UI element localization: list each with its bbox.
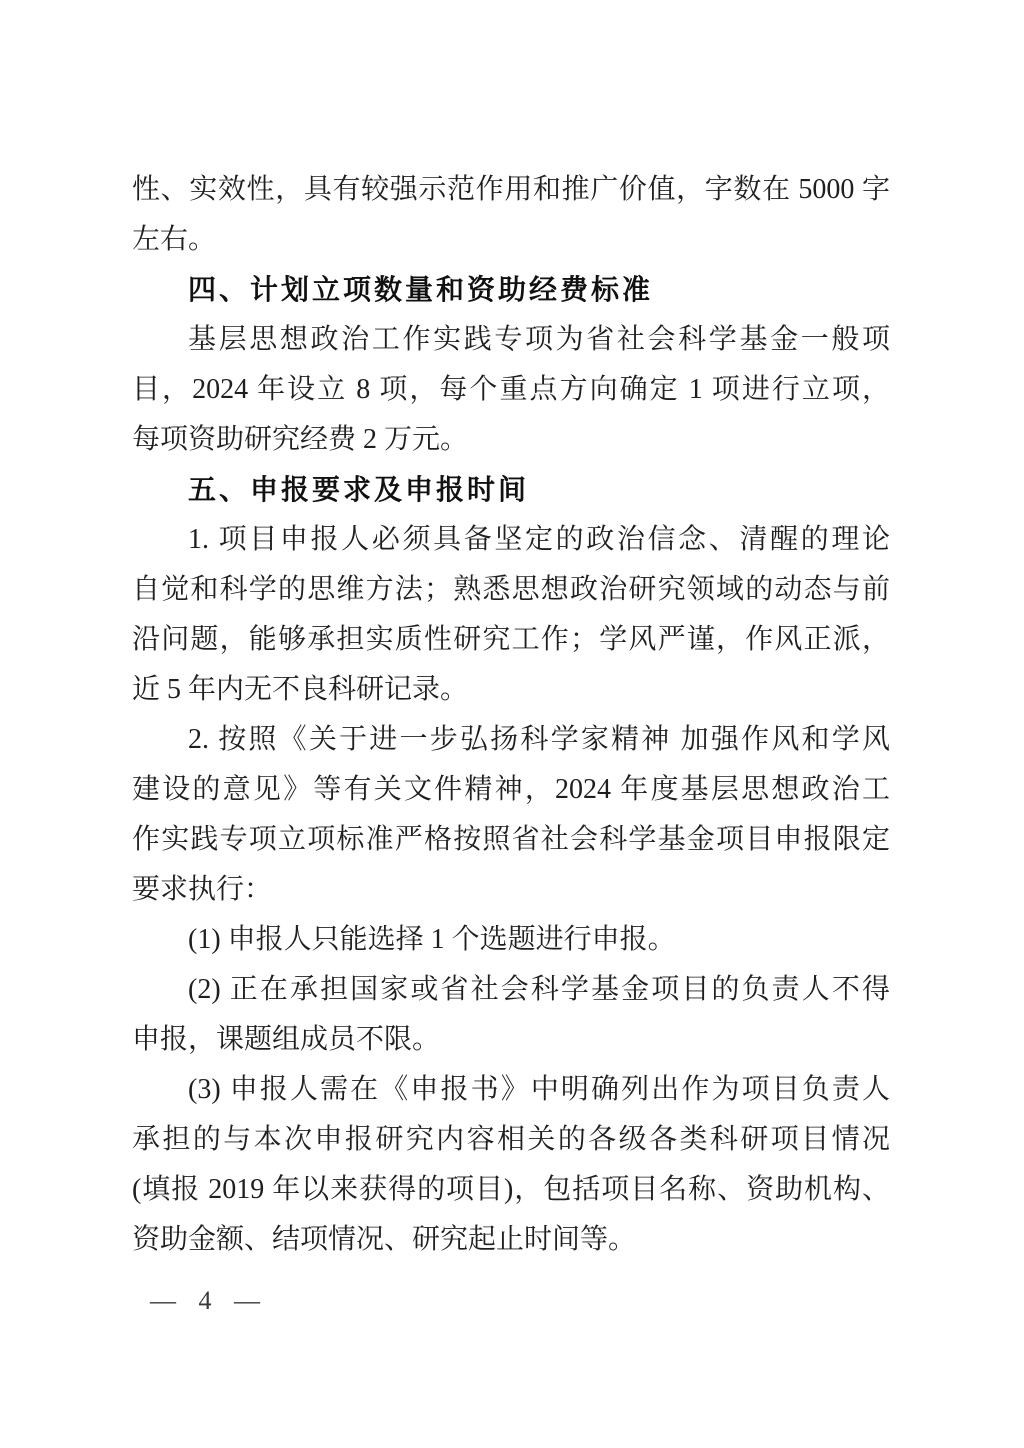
document-paragraph: (3) 申报人需在《申报书》中明确列出作为项目负责人承担的与本次申报研究内容相关…	[132, 1065, 890, 1265]
text-line: (填报 2019 年以来获得的项目)，包括项目名称、资助机构、	[132, 1165, 890, 1215]
text-line: 要求执行：	[132, 865, 890, 915]
page-number: — 4 —	[150, 1283, 268, 1319]
text-line: 自觉和科学的思维方法；熟悉思想政治研究领域的动态与前	[132, 565, 890, 615]
text-line: 建设的意见》等有关文件精神，2024 年度基层思想政治工	[132, 765, 890, 815]
text-line: 承担的与本次申报研究内容相关的各级各类科研项目情况	[132, 1115, 890, 1165]
text-line: (3) 申报人需在《申报书》中明确列出作为项目负责人	[132, 1065, 890, 1115]
text-line: 近 5 年内无不良科研记录。	[132, 665, 890, 715]
document-paragraph: 性、实效性，具有较强示范作用和推广价值，字数在 5000 字左右。	[132, 165, 890, 265]
text-line: (1) 申报人只能选择 1 个选题进行申报。	[132, 915, 890, 965]
section-heading: 五、申报要求及申报时间	[132, 465, 890, 515]
section-heading: 四、计划立项数量和资助经费标准	[132, 265, 890, 315]
document-paragraph: 1. 项目申报人必须具备坚定的政治信念、清醒的理论自觉和科学的思维方法；熟悉思想…	[132, 515, 890, 715]
text-line: 基层思想政治工作实践专项为省社会科学基金一般项	[132, 315, 890, 365]
text-line: 资助金额、结项情况、研究起止时间等。	[132, 1215, 890, 1265]
text-line: 沿问题，能够承担实质性研究工作；学风严谨，作风正派，	[132, 615, 890, 665]
document-paragraph: (2) 正在承担国家或省社会科学基金项目的负责人不得申报，课题组成员不限。	[132, 965, 890, 1065]
text-line: (2) 正在承担国家或省社会科学基金项目的负责人不得	[132, 965, 890, 1015]
document-paragraph: 2. 按照《关于进一步弘扬科学家精神 加强作风和学风建设的意见》等有关文件精神，…	[132, 715, 890, 915]
text-line: 性、实效性，具有较强示范作用和推广价值，字数在 5000 字	[132, 165, 890, 215]
text-line: 目，2024 年设立 8 项，每个重点方向确定 1 项进行立项，	[132, 365, 890, 415]
text-line: 每项资助研究经费 2 万元。	[132, 415, 890, 465]
text-line: 申报，课题组成员不限。	[132, 1015, 890, 1065]
text-line: 作实践专项立项标准严格按照省社会科学基金项目申报限定	[132, 815, 890, 865]
text-line: 左右。	[132, 215, 890, 265]
document-body: 性、实效性，具有较强示范作用和推广价值，字数在 5000 字左右。四、计划立项数…	[132, 165, 890, 1265]
document-paragraph: 基层思想政治工作实践专项为省社会科学基金一般项目，2024 年设立 8 项，每个…	[132, 315, 890, 465]
document-page: 性、实效性，具有较强示范作用和推广价值，字数在 5000 字左右。四、计划立项数…	[0, 0, 1024, 1448]
text-line: 1. 项目申报人必须具备坚定的政治信念、清醒的理论	[132, 515, 890, 565]
text-line: 2. 按照《关于进一步弘扬科学家精神 加强作风和学风	[132, 715, 890, 765]
document-paragraph: (1) 申报人只能选择 1 个选题进行申报。	[132, 915, 890, 965]
